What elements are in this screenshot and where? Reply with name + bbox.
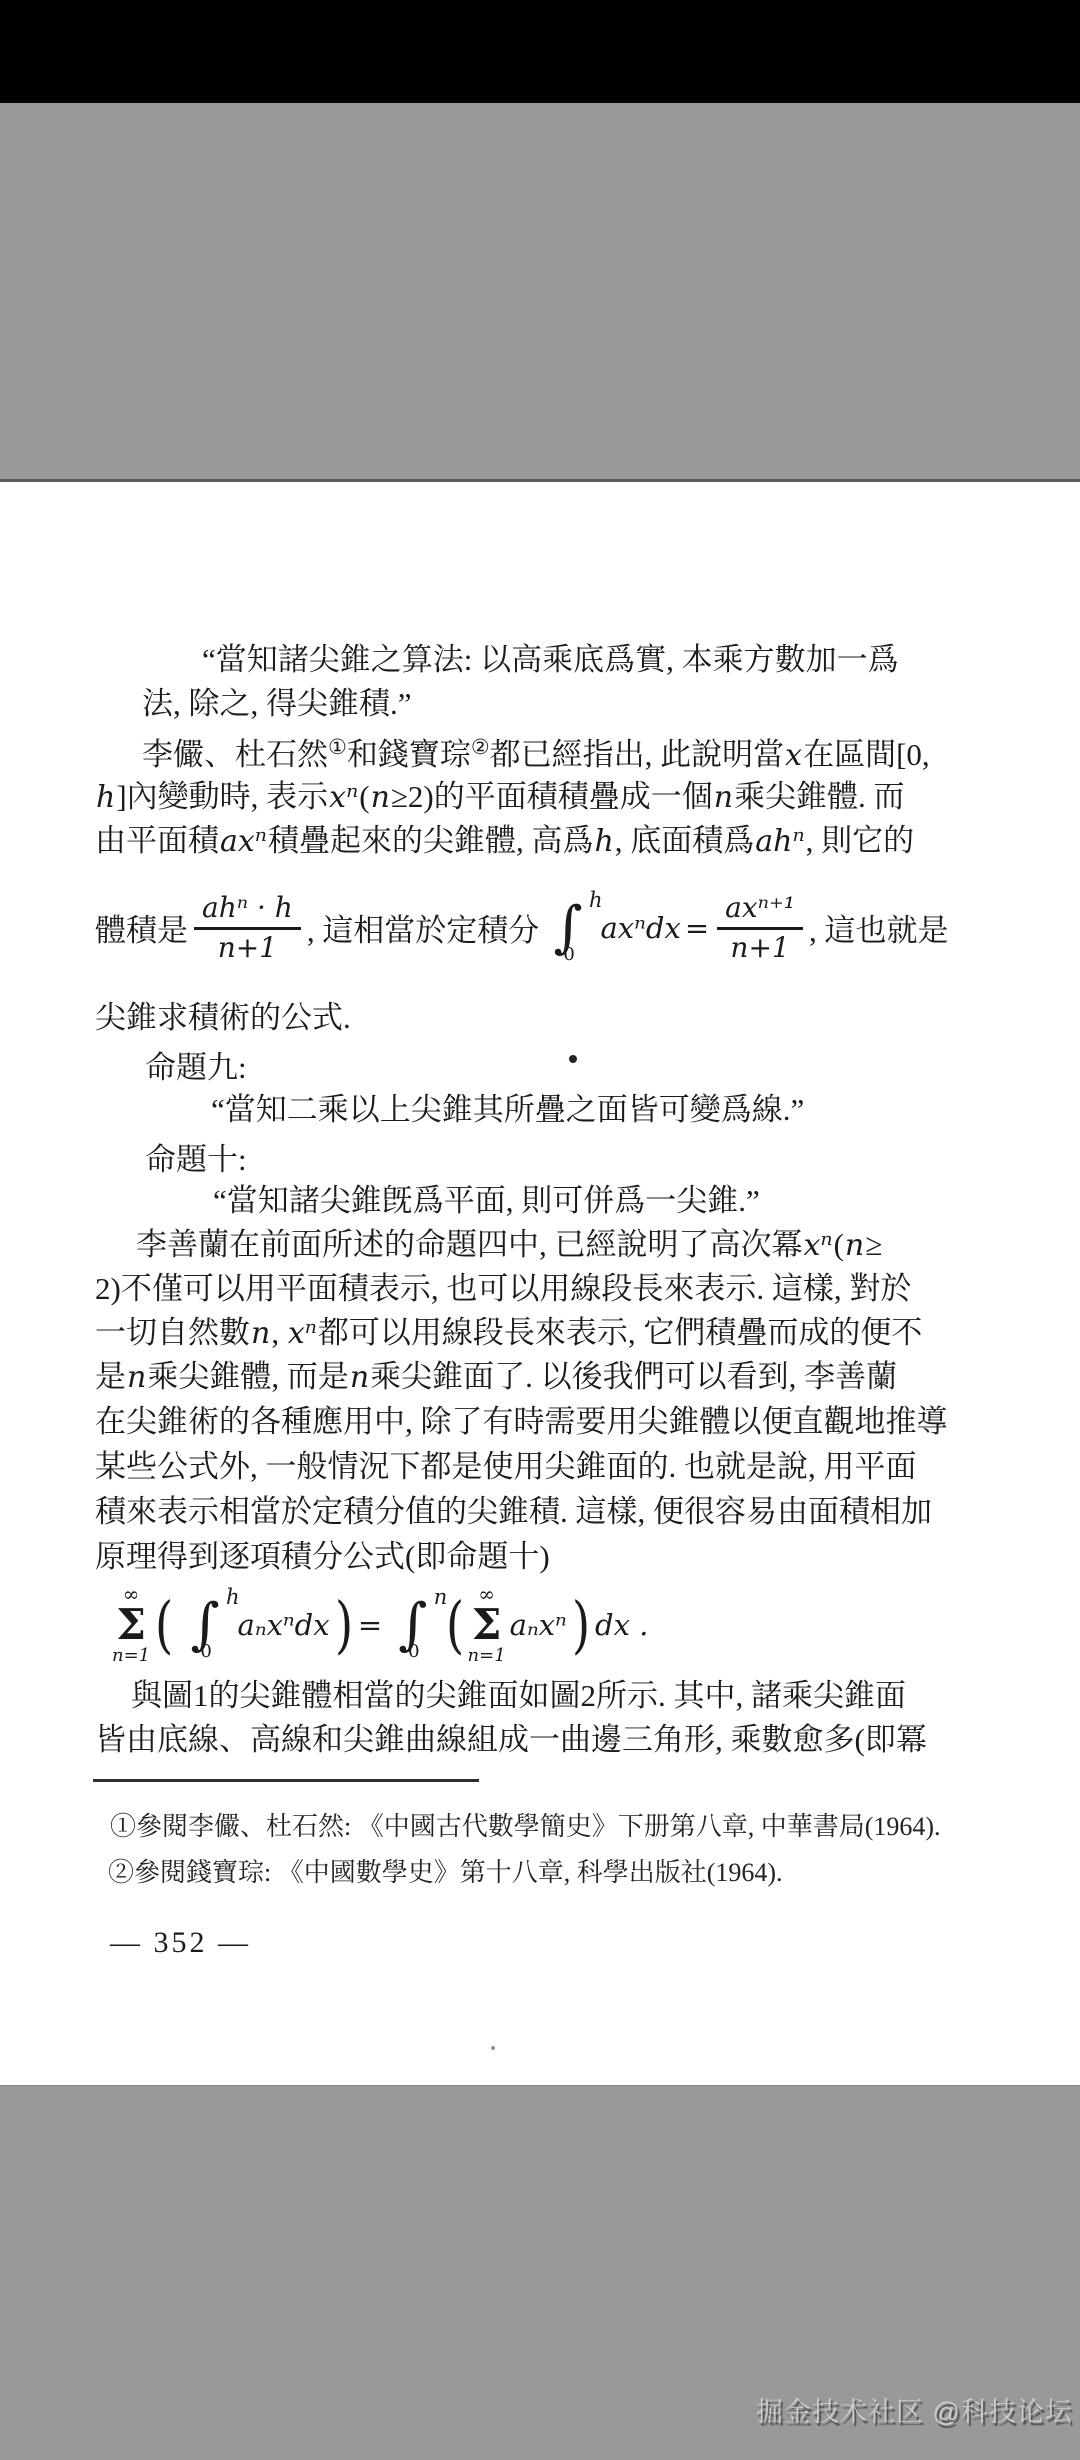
integral-upper-limit: h: [226, 1587, 240, 1608]
text-line: 一切自然數n, xⁿ都可以用線段長來表示, 它們積疊而成的便不: [95, 1313, 922, 1354]
text-line: 李善蘭在前面所述的命題四中, 已經說明了高次冪xⁿ(n≥: [136, 1225, 882, 1266]
text-segment: n: [844, 1228, 865, 1263]
text-segment: ≥2)的平面積積疊成一個: [391, 779, 713, 814]
text-segment: ②參閱錢寶琮: 《中國數學史》第十八章, 科學出版社(1964).: [108, 1858, 783, 1887]
text-segment: h: [593, 824, 614, 859]
text-line: 2)不僅可以用平面積表示, 也可以用線段長來表示. 這樣, 對於: [95, 1269, 911, 1309]
text-segment: 在尖錐術的各種應用中, 除了有時需要用尖錐體以便直觀地推導: [95, 1404, 948, 1439]
sigma-glyph: Σ: [116, 1603, 146, 1647]
phone-screen: 體積是 ahⁿ · h n+1 , 這相當於定積分 ∫h0 axⁿdx = ax…: [0, 0, 1080, 2460]
page-text: 體積是 ahⁿ · h n+1 , 這相當於定積分 ∫h0 axⁿdx = ax…: [0, 0, 1080, 2460]
text-segment: ,: [271, 1315, 287, 1350]
text-segment: ahⁿ: [754, 824, 805, 859]
text-segment: n: [370, 780, 391, 815]
stray-ink-speck: [491, 2046, 495, 2050]
text-segment: 尖錐求積術的公式.: [95, 1000, 351, 1035]
text-segment: 某些公式外, 一般情況下都是使用尖錐面的. 也就是說, 用平面: [95, 1449, 917, 1484]
fraction-numerator: ahⁿ · h: [194, 893, 301, 930]
text-line: 李儼、杜石然①和錢寶琮②都已經指出, 此說明當x在區間[0,: [142, 727, 930, 776]
text-segment: 乘尖錐面了. 以後我們可以看到, 李善蘭: [370, 1359, 897, 1394]
formula-prefix: 體積是: [95, 905, 188, 950]
text-segment: 積來表示相當於定積分值的尖錐積. 這樣, 便很容易由面積相加: [95, 1494, 932, 1529]
text-segment: 李儼、杜石然: [142, 737, 328, 772]
sum-lower-limit: n=1: [112, 1647, 150, 1665]
fraction-denominator: n+1: [730, 930, 789, 963]
page-number: — 352 —: [110, 1926, 251, 1960]
text-segment: ≥: [865, 1227, 882, 1262]
text-segment: n: [126, 1360, 147, 1395]
text-segment: 都可以用線段長來表示, 它們積疊而成的便不: [318, 1315, 923, 1350]
text-segment: 乘尖錐體. 而: [734, 779, 905, 814]
fraction: ahⁿ · h n+1: [194, 893, 301, 963]
text-segment: n: [250, 1316, 271, 1351]
text-segment: 在區間[0,: [803, 737, 930, 772]
text-line: 某些公式外, 一般情況下都是使用尖錐面的. 也就是說, 用平面: [95, 1447, 917, 1487]
equals-sign: =: [356, 1608, 384, 1642]
integral-lower-limit: 0: [563, 946, 574, 964]
footnote-line: ②參閱錢寶琮: 《中國數學史》第十八章, 科學出版社(1964).: [108, 1856, 783, 1890]
text-segment: 李善蘭在前面所述的命題四中, 已經說明了高次冪: [136, 1227, 803, 1262]
text-segment: 原理得到逐項積分公式(即命題十): [95, 1539, 550, 1574]
text-segment: 2)不僅可以用平面積表示, 也可以用線段長來表示. 這樣, 對於: [95, 1271, 911, 1306]
text-segment: (: [834, 1227, 844, 1262]
text-line: “當知諸尖錐之算法: 以高乘底爲實, 本乘方數加一爲: [202, 640, 899, 680]
sum-body: aₙxⁿ: [508, 1608, 569, 1642]
stray-ink-dot: [569, 1055, 577, 1063]
text-segment: 命題十:: [145, 1142, 247, 1177]
footnote-divider-rule: [93, 1779, 479, 1782]
text-segment: 命題九:: [145, 1050, 247, 1085]
right-paren: ): [572, 1593, 590, 1657]
footnote-line: ①參閱李儼、杜石然: 《中國古代數學簡史》下册第八章, 中華書局(1964).: [110, 1810, 941, 1844]
text-segment: 由平面積: [95, 823, 219, 858]
text-line: 原理得到逐項積分公式(即命題十): [95, 1537, 550, 1577]
text-line: 在尖錐術的各種應用中, 除了有時需要用尖錐體以便直觀地推導: [95, 1402, 948, 1442]
integral-upper-limit: h: [589, 890, 603, 911]
formula-suffix: , 這也就是: [809, 905, 949, 950]
text-segment: xⁿ: [803, 1228, 834, 1263]
fraction: axⁿ⁺¹ n+1: [717, 893, 803, 963]
text-segment: , 則它的: [806, 823, 915, 858]
text-line: 法, 除之, 得尖錐積.”: [142, 684, 412, 724]
summation-sign: ∞ Σ n=1: [468, 1585, 506, 1665]
text-line: h]內變動時, 表示xⁿ(n≥2)的平面積積疊成一個n乘尖錐體. 而: [95, 777, 905, 818]
text-line: 命題十:: [145, 1140, 247, 1180]
text-segment: 與圖1的尖錐體相當的尖錐面如圖2所示. 其中, 諸乘尖錐面: [131, 1678, 906, 1713]
text-segment: 一切自然數: [95, 1315, 250, 1350]
integral-lower-limit: 0: [200, 1643, 211, 1661]
integrand: axⁿdx: [599, 911, 683, 945]
text-segment: axⁿ: [219, 824, 268, 859]
text-line: “當知諸尖錐旣爲平面, 則可併爲一尖錐.”: [213, 1181, 760, 1221]
text-segment: ①參閱李儼、杜石然: 《中國古代數學簡史》下册第八章, 中華書局(1964).: [110, 1812, 941, 1841]
text-segment: ②: [471, 735, 490, 759]
text-segment: ①: [328, 735, 347, 759]
integrand: aₙxⁿdx: [236, 1608, 332, 1642]
watermark-text: 掘金技术社区 @科技论坛: [756, 2390, 1073, 2429]
left-paren: (: [155, 1593, 173, 1657]
text-segment: h: [95, 780, 116, 815]
text-segment: 是: [95, 1359, 126, 1394]
integral-sign: ∫n0: [392, 1593, 443, 1657]
text-segment: “當知諸尖錐旣爲平面, 則可併爲一尖錐.”: [213, 1183, 760, 1218]
text-segment: “當知二乘以上尖錐其所疊之面皆可變爲線.”: [211, 1092, 804, 1127]
text-segment: 皆由底線、高線和尖錐曲線組成一曲邊三角形, 乘數愈多(即冪: [95, 1722, 927, 1757]
text-segment: , 底面積爲: [615, 823, 755, 858]
text-segment: n: [349, 1360, 370, 1395]
text-line: 是n乘尖錐體, 而是n乘尖錐面了. 以後我們可以看到, 李善蘭: [95, 1357, 897, 1398]
left-paren: (: [446, 1593, 464, 1657]
text-segment: 乘尖錐體, 而是: [147, 1359, 349, 1394]
text-segment: “當知諸尖錐之算法: 以高乘底爲實, 本乘方數加一爲: [202, 642, 899, 677]
text-segment: ]內變動時, 表示: [116, 779, 328, 814]
text-segment: xⁿ: [328, 780, 359, 815]
text-segment: 法, 除之, 得尖錐積.”: [142, 686, 412, 721]
text-segment: xⁿ: [287, 1316, 318, 1351]
text-line: 尖錐求積術的公式.: [95, 998, 351, 1038]
text-line: 積來表示相當於定積分值的尖錐積. 這樣, 便很容易由面積相加: [95, 1492, 932, 1532]
text-line: 皆由底線、高線和尖錐曲線組成一曲邊三角形, 乘數愈多(即冪: [95, 1720, 927, 1760]
formula-tail: dx .: [593, 1608, 650, 1642]
text-segment: 和錢寶琮: [347, 737, 471, 772]
text-line: 與圖1的尖錐體相當的尖錐面如圖2所示. 其中, 諸乘尖錐面: [131, 1676, 906, 1716]
formula-termwise-integration: ∞ Σ n=1 ( ∫h0 aₙxⁿdx ) = ∫n0 ( ∞ Σ n=1 a…: [112, 1580, 650, 1670]
text-segment: 積疊起來的尖錐體, 高爲: [268, 823, 594, 858]
fraction-denominator: n+1: [218, 930, 277, 963]
text-line: 命題九:: [145, 1048, 247, 1088]
summation-sign: ∞ Σ n=1: [112, 1585, 150, 1665]
fraction-numerator: axⁿ⁺¹: [717, 893, 803, 930]
formula-volume-integral: 體積是 ahⁿ · h n+1 , 這相當於定積分 ∫h0 axⁿdx = ax…: [95, 885, 948, 970]
text-line: “當知二乘以上尖錐其所疊之面皆可變爲線.”: [211, 1090, 804, 1130]
equals-sign: =: [683, 911, 711, 945]
integral-sign: ∫h0: [184, 1593, 235, 1657]
text-line: 由平面積axⁿ積疊起來的尖錐體, 高爲h, 底面積爲ahⁿ, 則它的: [95, 821, 914, 862]
text-segment: (: [359, 779, 369, 814]
sum-lower-limit: n=1: [468, 1647, 506, 1665]
formula-mid-text: , 這相當於定積分: [307, 905, 540, 950]
sigma-glyph: Σ: [472, 1603, 502, 1647]
integral-lower-limit: 0: [408, 1643, 419, 1661]
text-segment: 都已經指出, 此說明當: [490, 737, 785, 772]
text-segment: n: [713, 780, 734, 815]
text-segment: x: [784, 738, 803, 773]
integral-sign: ∫h0: [547, 896, 598, 960]
right-paren: ): [335, 1593, 353, 1657]
